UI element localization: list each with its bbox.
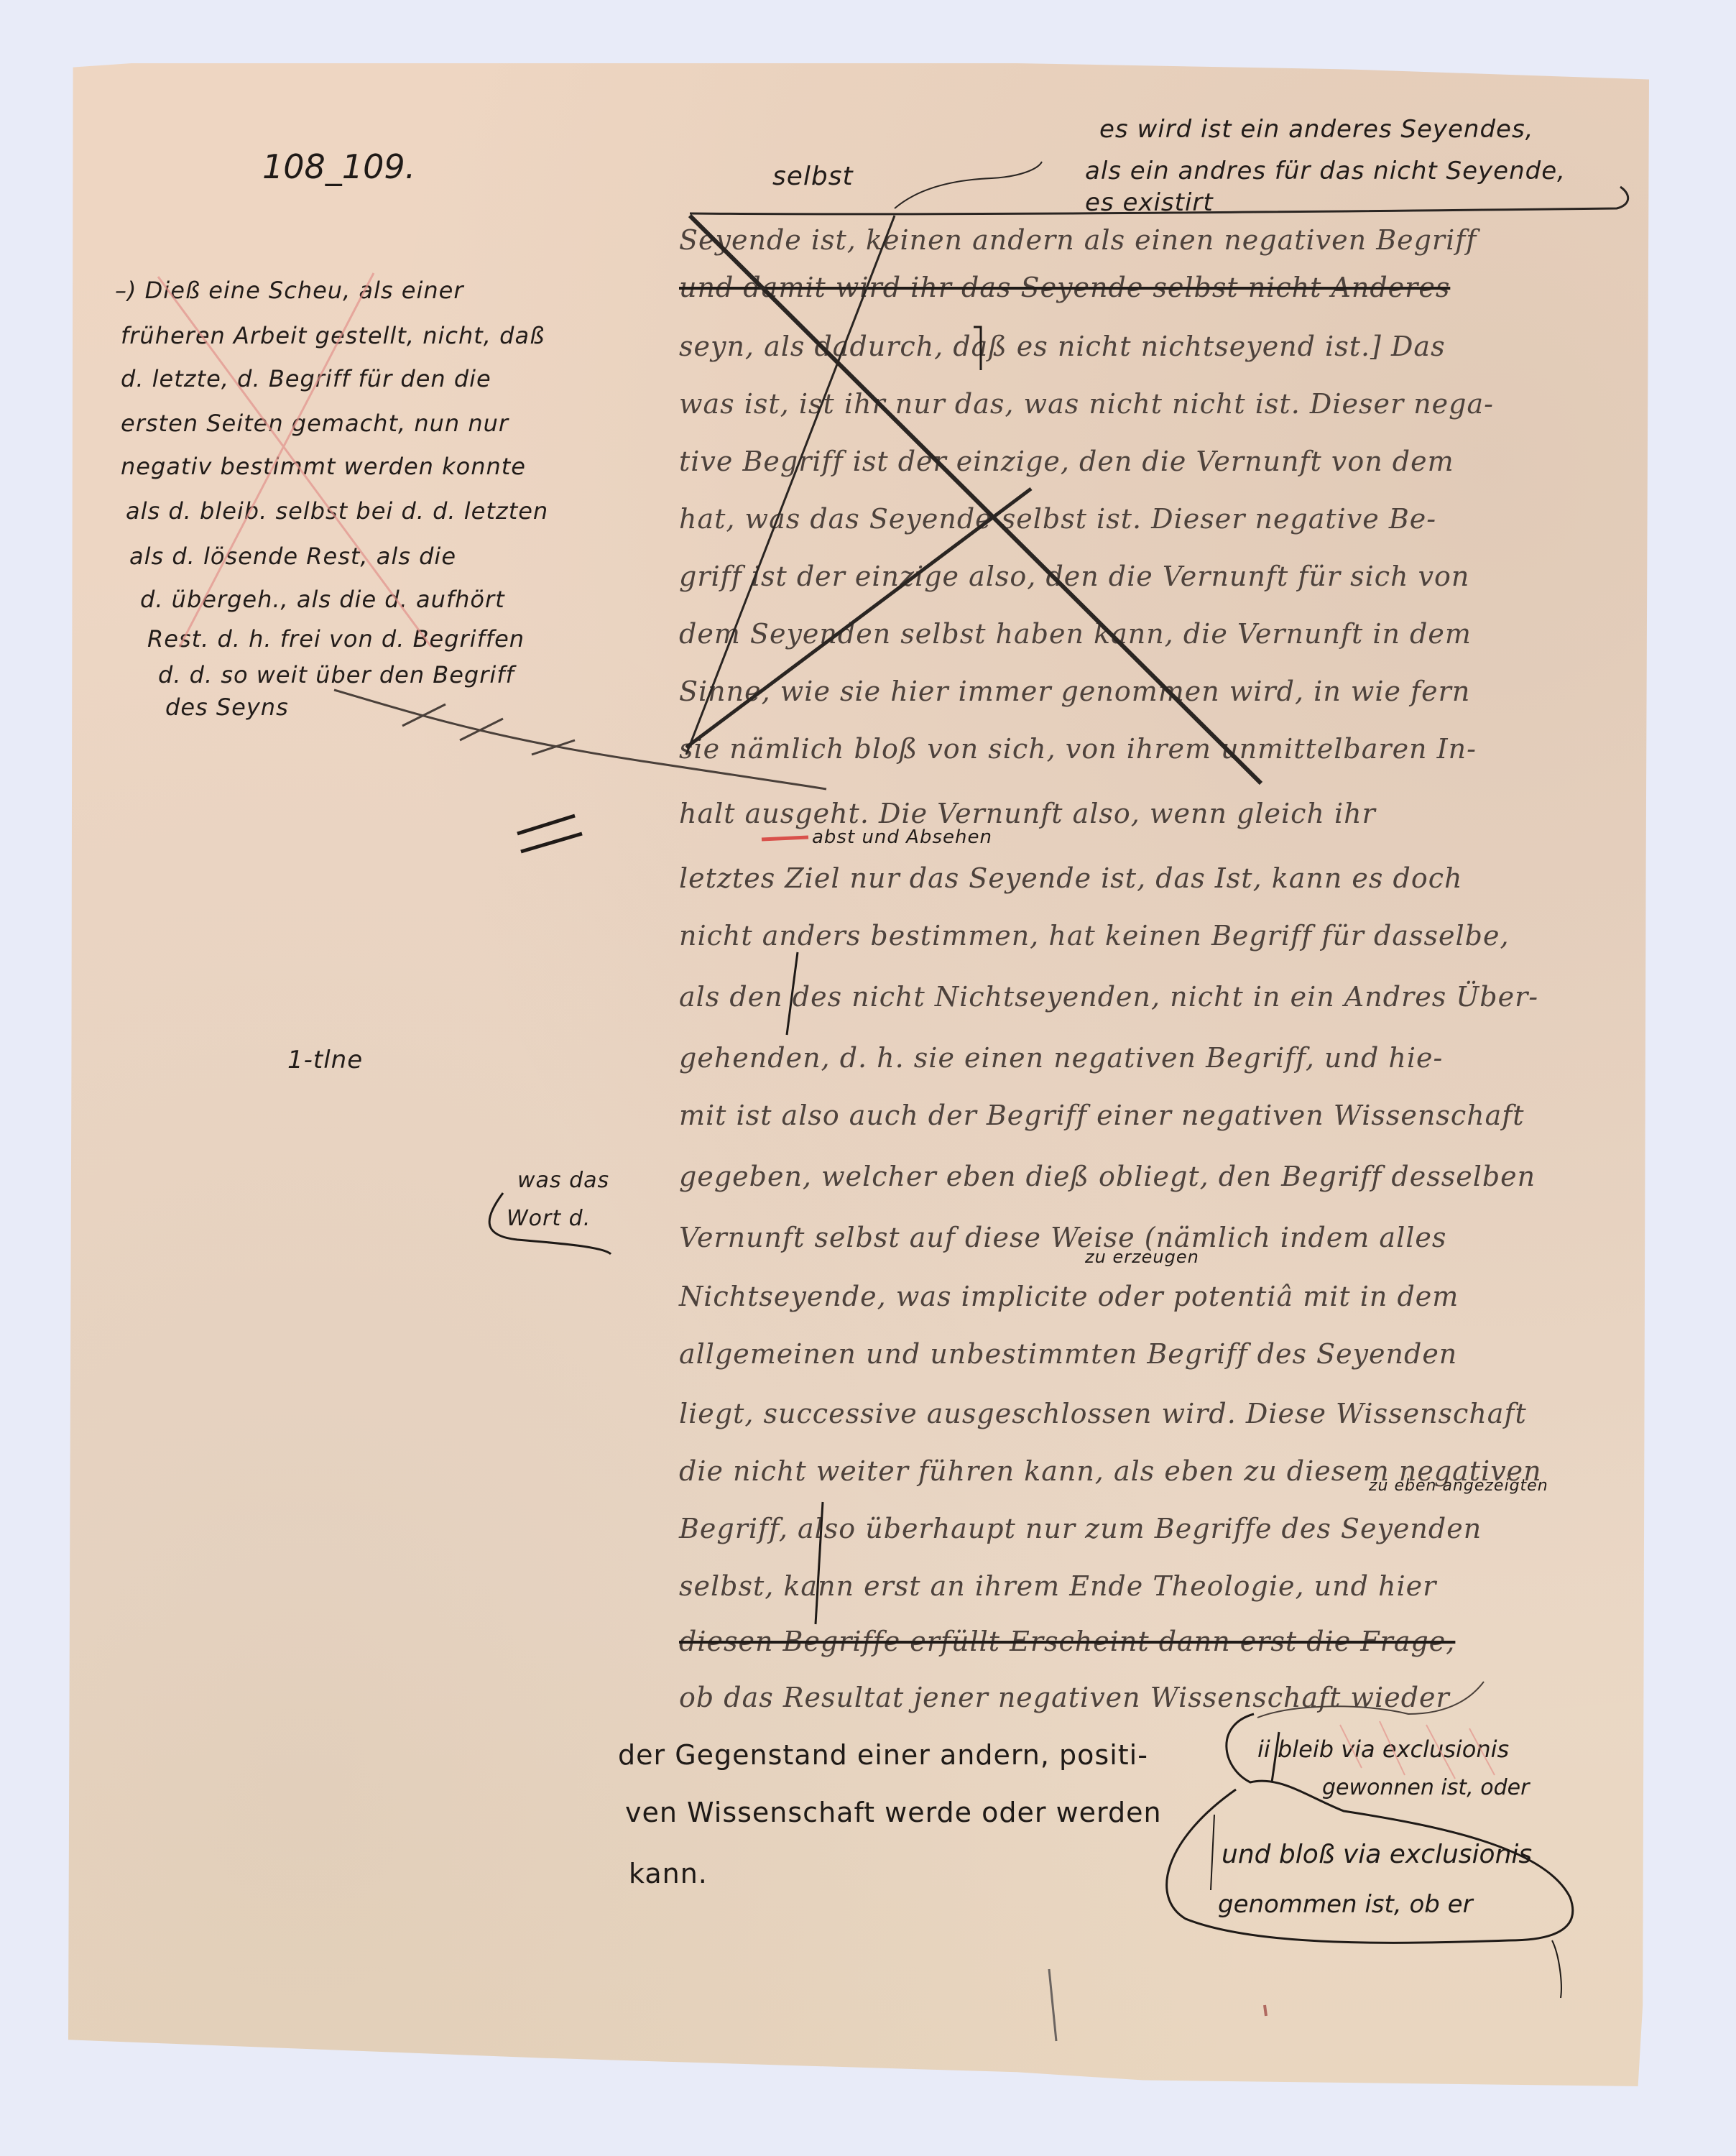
text-line: kann.	[629, 1858, 708, 1889]
annotation-top-right-line-2: als ein andres für das nicht Seyende,	[1085, 157, 1566, 185]
margin-note-line: Rest. d. h. frei von d. Begriffen	[147, 625, 525, 653]
text-line: Nichtseyende, was implicite oder potenti…	[679, 1281, 1459, 1312]
margin-note-line: früheren Arbeit gestellt, nicht, daß	[121, 322, 545, 349]
page-number: 108_109.	[262, 147, 415, 186]
text-line: tive Begriff ist der einzige, den die Ve…	[679, 446, 1454, 477]
text-line: selbst, kann erst an ihrem Ende Theologi…	[679, 1570, 1436, 1602]
text-line: was ist, ist ihr nur das, was nicht nich…	[679, 388, 1494, 420]
side-insertion-line-2: Wort d.	[507, 1206, 591, 1231]
text-line: Seyende ist, keinen andern als einen neg…	[679, 224, 1477, 256]
text-line: Begriff, also überhaupt nur zum Begriffe…	[679, 1513, 1482, 1544]
text-line: als den des nicht Nichtseyenden, nicht i…	[679, 981, 1538, 1013]
text-line: mit ist also auch der Begriff einer nega…	[679, 1100, 1525, 1131]
insertion-zu-erzeugen: zu erzeugen	[1085, 1247, 1199, 1267]
margin-note-line: d. letzte, d. Begriff für den die	[121, 365, 491, 392]
text-line-struck: und damit wird ihr das Seyende selbst ni…	[679, 272, 1450, 303]
text-line: gehenden, d. h. sie einen negativen Begr…	[679, 1042, 1443, 1074]
annotation-top-right-line-3: es existirt	[1085, 188, 1214, 217]
text-line: allgemeinen und unbestimmten Begriff des…	[679, 1338, 1457, 1370]
margin-note-line: negativ bestimmt werden konnte	[121, 453, 526, 480]
insertion-angezeigten: zu eben angezeigten	[1369, 1477, 1548, 1495]
text-line: liegt, successive ausgeschlossen wird. D…	[679, 1398, 1527, 1429]
text-line: ven Wissenschaft werde oder werden	[625, 1797, 1162, 1828]
text-line: seyn, als dadurch, daß es nicht nichtsey…	[679, 331, 1446, 362]
margin-note-line: des Seyns	[165, 694, 289, 721]
margin-note-line: als d. lösende Rest, als die	[129, 543, 456, 570]
text-line: der Gegenstand einer andern, positi-	[618, 1739, 1148, 1771]
bubble-upper-line-1: ii bleib via exclusionis	[1257, 1736, 1509, 1763]
text-line: sie nämlich bloß von sich, von ihrem unm…	[679, 733, 1477, 765]
margin-note-line: –) Dieß eine Scheu, als einer	[115, 277, 463, 304]
text-line-struck: diesen Begriffe erfüllt Erscheint dann e…	[679, 1626, 1455, 1657]
margin-note-line: als d. bleib. selbst bei d. d. letzten	[126, 497, 548, 525]
insertion-abst: abst und Absehen	[812, 826, 992, 848]
text-line: griff ist der einzige also, den die Vern…	[679, 561, 1469, 592]
margin-note-line: ersten Seiten gemacht, nun nur	[121, 410, 509, 437]
text-line: ob das Resultat jener negativen Wissensc…	[679, 1682, 1450, 1713]
text-line: gegeben, welcher eben dieß obliegt, den …	[679, 1161, 1536, 1192]
bubble-lower-line-2: genommen ist, ob er	[1218, 1890, 1473, 1919]
one-line-note: 1-tlne	[287, 1046, 363, 1074]
margin-note-line: d. übergeh., als die d. aufhört	[140, 586, 505, 613]
margin-note-line: d. d. so weit über den Begriff	[158, 661, 514, 688]
annotation-top-right-line-1: es wird ist ein anderes Seyendes,	[1099, 115, 1534, 144]
text-line: halt ausgeht. Die Vernunft also, wenn gl…	[679, 798, 1376, 829]
bubble-upper-line-2: gewonnen ist, oder	[1322, 1775, 1529, 1800]
text-line: Sinne, wie sie hier immer genommen wird,…	[679, 676, 1470, 707]
annotation-selbst: selbst	[772, 162, 854, 191]
text-line: letztes Ziel nur das Seyende ist, das Is…	[679, 862, 1462, 894]
bubble-lower-line-1: und bloß via exclusionis	[1222, 1840, 1532, 1869]
text-line: dem Seyenden selbst haben kann, die Vern…	[679, 618, 1472, 650]
text-line: hat, was das Seyende selbst ist. Dieser …	[679, 503, 1436, 535]
text-line: nicht anders bestimmen, hat keinen Begri…	[679, 920, 1510, 952]
side-insertion-line-1: was das	[517, 1168, 609, 1193]
text-line: Vernunft selbst auf diese Weise (nämlich…	[679, 1222, 1446, 1253]
